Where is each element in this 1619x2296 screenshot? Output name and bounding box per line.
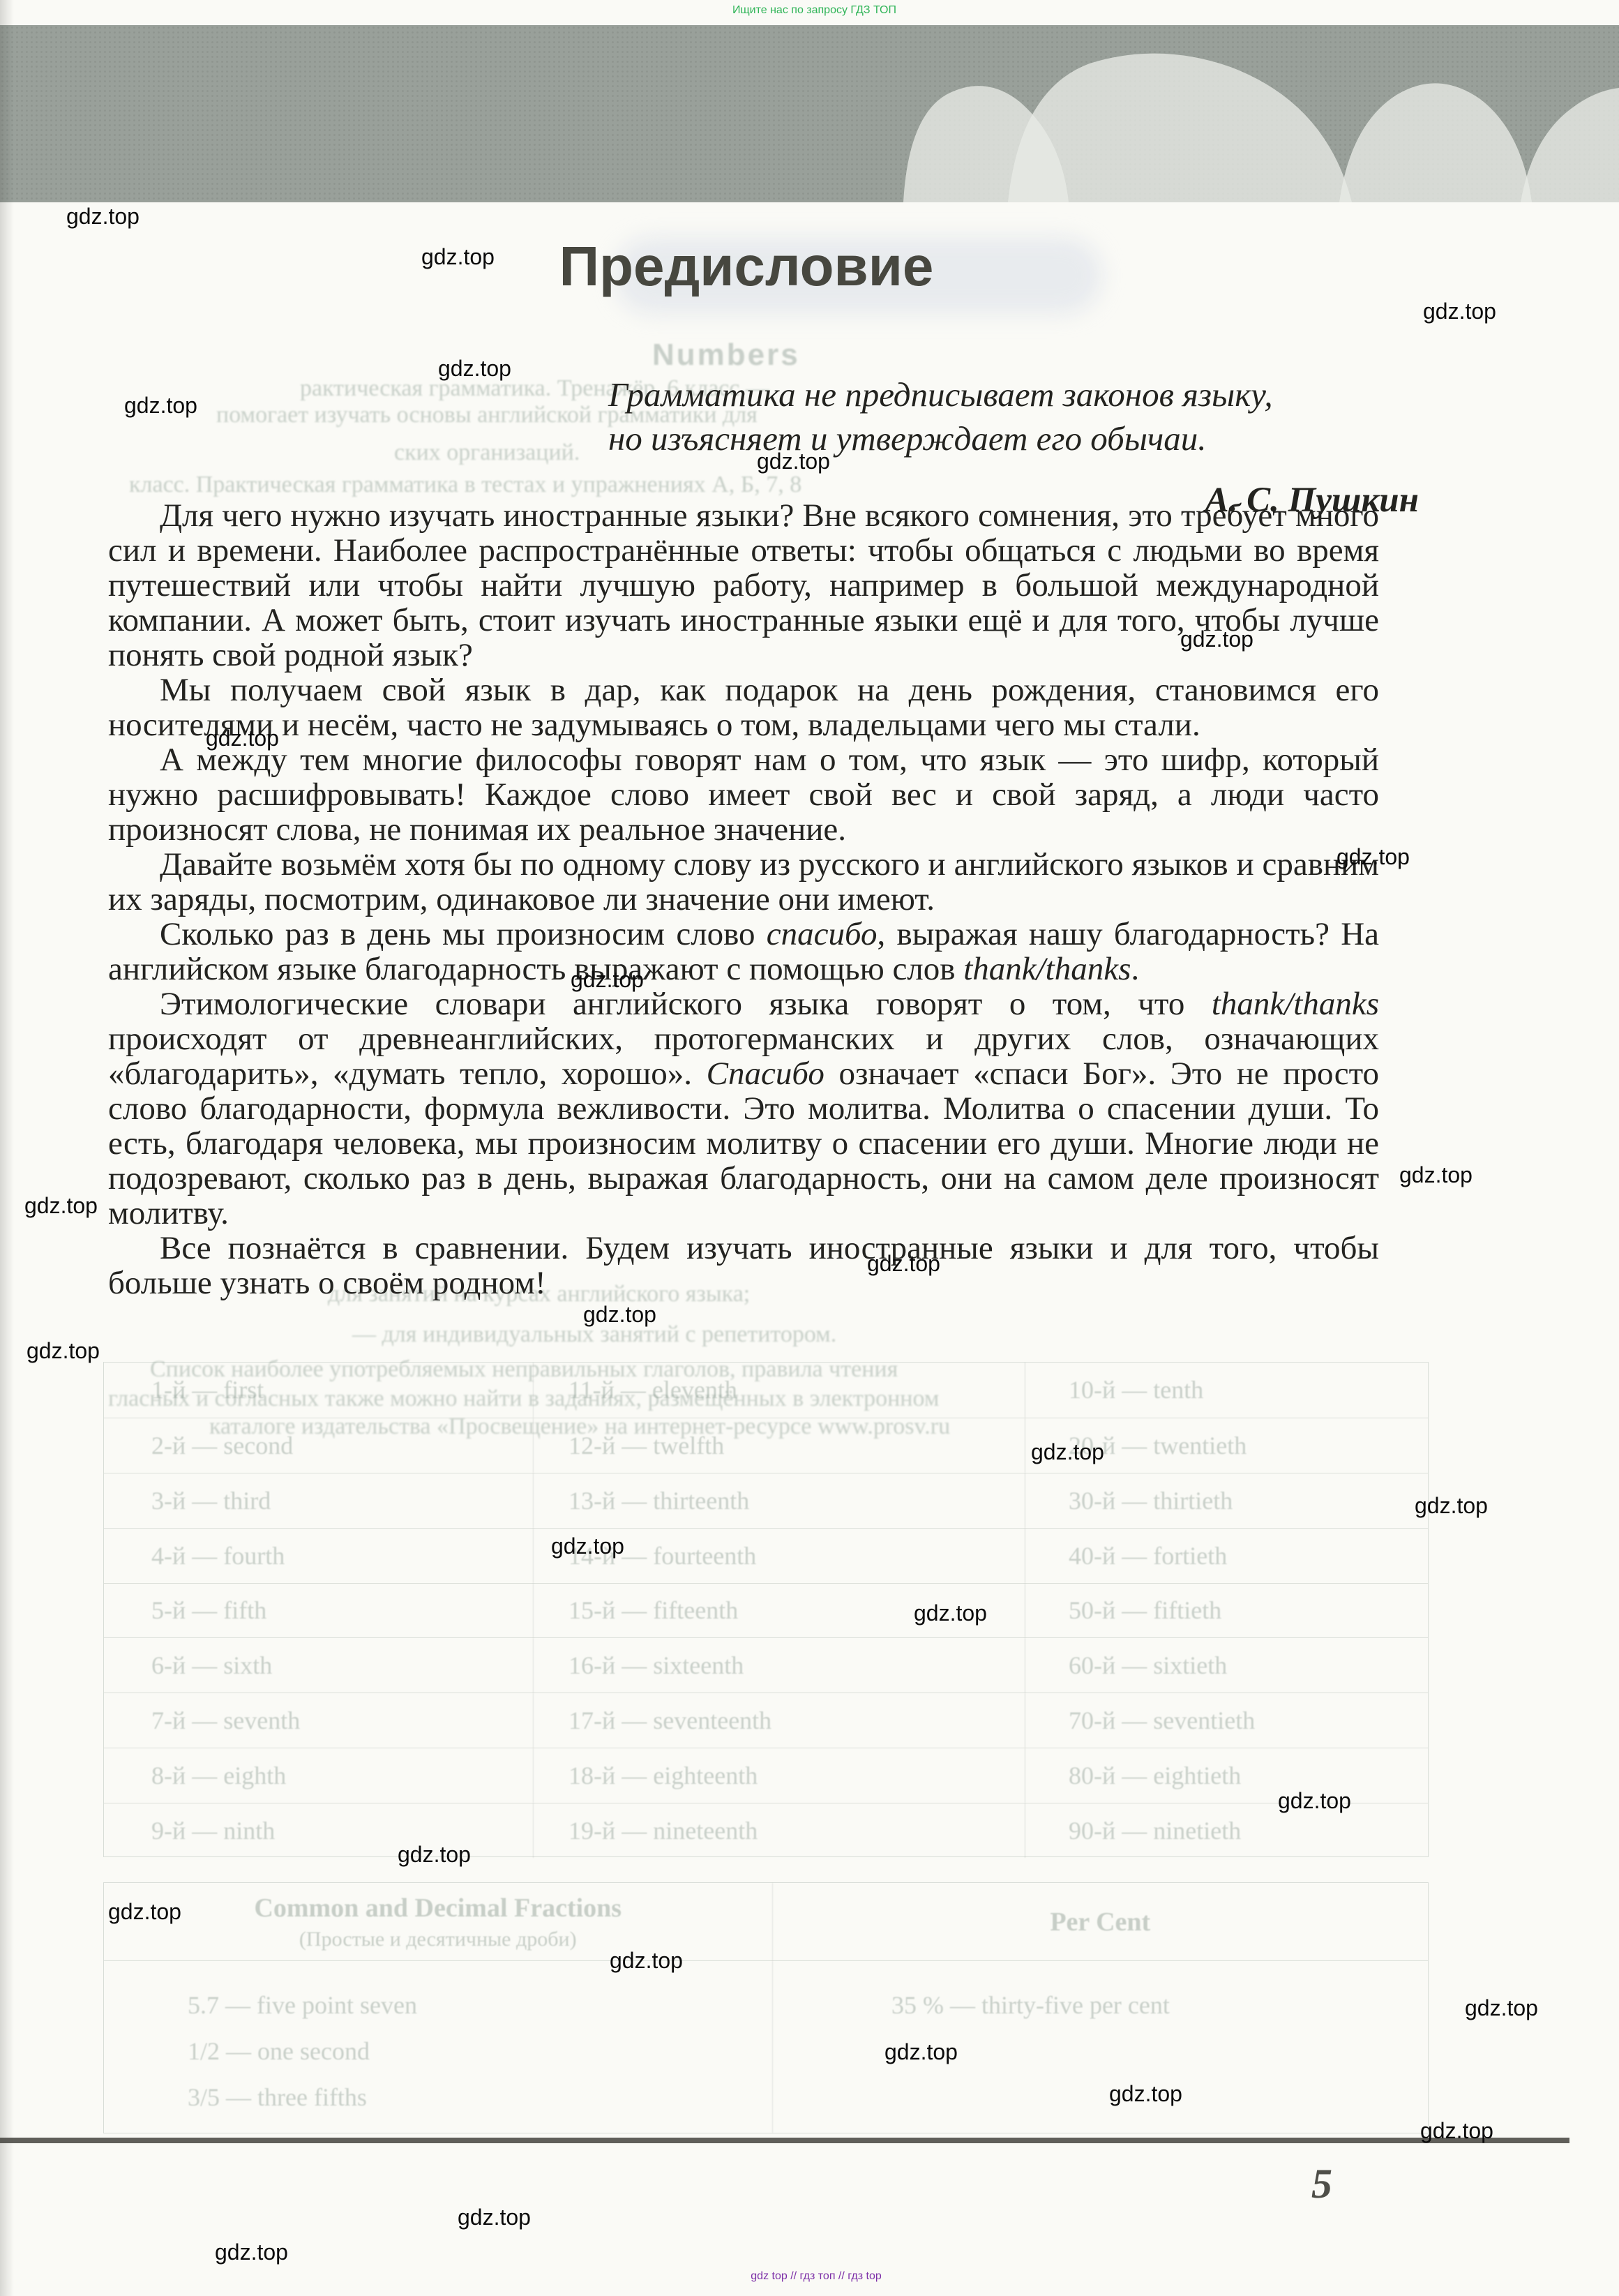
watermark-gdz-top-15: gdz.top bbox=[27, 1338, 100, 1364]
ghost-ordinal-cell: 16-й — sixteenth bbox=[533, 1638, 1025, 1693]
watermark-gdz-top-4: gdz.top bbox=[438, 356, 511, 382]
scanned-book-page: Ищите нас по запросу ГДЗ ТОП Предисловие… bbox=[0, 0, 1619, 2296]
italic-term: спасибо bbox=[767, 916, 878, 952]
watermark-gdz-top-26: gdz.top bbox=[1109, 2081, 1182, 2107]
watermark-gdz-top-7: gdz.top bbox=[1180, 626, 1253, 652]
ghost-ordinal-cell: 80-й — eightieth bbox=[1025, 1748, 1428, 1803]
ghost-ordinal-row-1: 1-й — first11-й — eleventh10-й — tenth bbox=[104, 1363, 1428, 1418]
watermark-gdz-top-13: gdz.top bbox=[867, 1251, 940, 1277]
ghost-ordinal-cell: 5-й — fifth bbox=[104, 1584, 533, 1638]
ghost-ordinal-cell: 3-й — third bbox=[104, 1473, 533, 1528]
text-segment: Сколько раз в день мы произносим слово bbox=[160, 916, 767, 952]
ghost-ordinal-row-2: 2-й — second12-й — twelfth20-й — twentie… bbox=[104, 1418, 1428, 1473]
watermark-gdz-top-16: gdz.top bbox=[1031, 1439, 1104, 1465]
ghost-line-3: ских организаций. bbox=[394, 440, 580, 466]
body-paragraph-7: Все познаётся в сравнении. Будем изучать… bbox=[108, 1231, 1379, 1300]
ghost-ordinal-row-9: 9-й — ninth19-й — nineteenth90-й — ninet… bbox=[104, 1803, 1428, 1858]
ghost-ordinal-cell: 60-й — sixtieth bbox=[1025, 1638, 1428, 1693]
watermark-gdz-top-6: gdz.top bbox=[757, 449, 830, 474]
ghost-ordinal-cell: 50-й — fiftieth bbox=[1025, 1584, 1428, 1638]
watermark-gdz-top-11: gdz.top bbox=[1399, 1162, 1473, 1188]
watermark-gdz-top-27: gdz.top bbox=[1420, 2118, 1493, 2144]
watermark-gdz-top-1: gdz.top bbox=[66, 204, 140, 230]
ghost-ordinal-cell: 12-й — twelfth bbox=[533, 1418, 1025, 1473]
watermark-gdz-top-18: gdz.top bbox=[551, 1533, 624, 1559]
header-band bbox=[0, 25, 1619, 202]
watermark-gdz-top-12: gdz.top bbox=[24, 1193, 98, 1219]
ghost-fraction-left-row-3: 3/5 — three fifths bbox=[188, 2074, 772, 2120]
ghost-ordinal-cell: 40-й — fortieth bbox=[1025, 1529, 1428, 1583]
ghost-ordinal-cell: 10-й — tenth bbox=[1025, 1363, 1428, 1418]
ghost-ordinal-row-6: 6-й — sixth16-й — sixteenth60-й — sixtie… bbox=[104, 1637, 1428, 1693]
header-band-graphic bbox=[0, 25, 1619, 202]
ghost-ordinal-numbers-table: 1-й — first11-й — eleventh10-й — tenth2-… bbox=[103, 1362, 1429, 1857]
ghost-ordinal-cell: 18-й — eighteenth bbox=[533, 1748, 1025, 1803]
ghost-ordinal-cell: 70-й — seventieth bbox=[1025, 1693, 1428, 1748]
ghost-ordinal-cell: 2-й — second bbox=[104, 1418, 533, 1473]
ghost-ordinal-cell: 7-й — seventh bbox=[104, 1693, 533, 1748]
watermark-gdz-top-24: gdz.top bbox=[1465, 1995, 1538, 2021]
text-segment: А между тем многие философы говорят нам … bbox=[108, 742, 1379, 848]
watermark-gdz-top-28: gdz.top bbox=[458, 2205, 531, 2230]
watermark-gdz-top-23: gdz.top bbox=[610, 1948, 683, 1974]
body-paragraph-5: Сколько раз в день мы произносим слово с… bbox=[108, 917, 1379, 986]
ghost-ordinal-cell: 8-й — eighth bbox=[104, 1748, 533, 1803]
italic-term: thank/thanks bbox=[963, 951, 1131, 987]
watermark-gdz-top-25: gdz.top bbox=[884, 2039, 958, 2065]
ghost-chapter-heading: Numbers bbox=[652, 338, 800, 373]
ghost-header-left-subtitle: (Простые и десятичные дроби) bbox=[299, 1928, 577, 1951]
epigraph-line-1: Грамматика не предписывает законов языку… bbox=[608, 373, 1419, 417]
ghost-ordinal-row-3: 3-й — third13-й — thirteenth30-й — thirt… bbox=[104, 1473, 1428, 1528]
watermark-gdz-top-3: gdz.top bbox=[1423, 299, 1496, 324]
watermark-gdz-top-22: gdz.top bbox=[108, 1899, 181, 1925]
ghost-fractions-table-header: Common and Decimal Fractions (Простые и … bbox=[104, 1883, 1428, 1961]
watermark-gdz-top-8: gdz.top bbox=[206, 726, 279, 751]
text-segment: . bbox=[1131, 951, 1139, 987]
ghost-fractions-left-column: 5.7 — five point seven1/2 — one second3/… bbox=[104, 1961, 772, 2133]
body-paragraph-2: Мы получаем свой язык в дар, как подарок… bbox=[108, 673, 1379, 742]
watermark-gdz-top-5: gdz.top bbox=[124, 393, 197, 419]
text-segment: Этимологические словари английского язык… bbox=[160, 986, 1212, 1022]
ghost-ordinal-row-5: 5-й — fifth15-й — fifteenth50-й — fiftie… bbox=[104, 1583, 1428, 1638]
ghost-ordinal-row-7: 7-й — seventh17-й — seventeenth70-й — se… bbox=[104, 1693, 1428, 1748]
ghost-ordinal-cell: 30-й — thirtieth bbox=[1025, 1473, 1428, 1528]
watermark-gdz-top-17: gdz.top bbox=[1415, 1493, 1488, 1519]
ghost-fraction-right-row-1: 35 % — thirty-five per cent bbox=[891, 1982, 1428, 2028]
text-segment: Давайте возьмём хотя бы по одному слову … bbox=[108, 846, 1379, 917]
body-paragraph-3: А между тем многие философы говорят нам … bbox=[108, 742, 1379, 847]
page-number: 5 bbox=[1311, 2160, 1332, 2208]
body-paragraph-4: Давайте возьмём хотя бы по одному слову … bbox=[108, 847, 1379, 917]
watermark-gdz-top-21: gdz.top bbox=[398, 1842, 471, 1868]
watermark-gdz-top-10: gdz.top bbox=[571, 967, 644, 993]
ghost-ordinal-cell: 19-й — nineteenth bbox=[533, 1803, 1025, 1858]
ghost-ordinal-cell: 4-й — fourth bbox=[104, 1529, 533, 1583]
bottom-rule bbox=[0, 2138, 1569, 2143]
body-paragraph-6: Этимологические словари английского язык… bbox=[108, 986, 1379, 1231]
top-promo-text: Ищите нас по запросу ГДЗ ТОП bbox=[732, 3, 914, 17]
ghost-ordinal-cell: 90-й — ninetieth bbox=[1025, 1803, 1428, 1858]
footer-credit-text: gdz top // гдз топ // гдз top bbox=[663, 2270, 970, 2283]
watermark-gdz-top-2: gdz.top bbox=[421, 244, 495, 270]
ghost-ordinal-row-8: 8-й — eighth18-й — eighteenth80-й — eigh… bbox=[104, 1748, 1428, 1803]
watermark-gdz-top-9: gdz.top bbox=[1336, 844, 1410, 870]
page-title: Предисловие bbox=[446, 234, 1046, 299]
ghost-ordinal-cell: 1-й — first bbox=[104, 1363, 533, 1418]
preface-body-text: Для чего нужно изучать иностранные языки… bbox=[108, 498, 1379, 1300]
ghost-ordinal-row-4: 4-й — fourth14-й — fourteenth40-й — fort… bbox=[104, 1528, 1428, 1583]
epigraph-line-2: но изъясняет и утверждает его обычаи. bbox=[608, 417, 1419, 460]
text-segment: Все познаётся в сравнении. Будем изучать… bbox=[108, 1230, 1379, 1301]
watermark-gdz-top-29: gdz.top bbox=[215, 2239, 288, 2265]
ghost-fractions-table: Common and Decimal Fractions (Простые и … bbox=[103, 1882, 1429, 2133]
watermark-gdz-top-14: gdz.top bbox=[583, 1302, 656, 1328]
italic-term: Спасибо bbox=[707, 1056, 824, 1092]
text-segment: Мы получаем свой язык в дар, как подарок… bbox=[108, 672, 1379, 743]
epigraph: Грамматика не предписывает законов языку… bbox=[608, 373, 1419, 460]
watermark-gdz-top-20: gdz.top bbox=[1278, 1788, 1351, 1814]
italic-term: thank/thanks bbox=[1212, 986, 1379, 1022]
ghost-ordinal-cell: 17-й — seventeenth bbox=[533, 1693, 1025, 1748]
ghost-fraction-left-row-1: 5.7 — five point seven bbox=[188, 1982, 772, 2028]
ghost-ordinal-cell: 13-й — thirteenth bbox=[533, 1473, 1025, 1528]
ghost-fractions-table-body: 5.7 — five point seven1/2 — one second3/… bbox=[104, 1961, 1428, 2133]
ghost-fraction-left-row-2: 1/2 — one second bbox=[188, 2028, 772, 2074]
ghost-ordinal-cell: 11-й — eleventh bbox=[533, 1363, 1025, 1418]
ghost-header-right-cell: Per Cent bbox=[772, 1883, 1429, 1960]
ghost-header-left-title: Common and Decimal Fractions bbox=[254, 1893, 622, 1923]
watermark-gdz-top-19: gdz.top bbox=[914, 1600, 987, 1626]
ghost-ordinal-cell: 6-й — sixth bbox=[104, 1638, 533, 1693]
ghost-fractions-right-column: 35 % — thirty-five per cent bbox=[772, 1961, 1428, 2133]
